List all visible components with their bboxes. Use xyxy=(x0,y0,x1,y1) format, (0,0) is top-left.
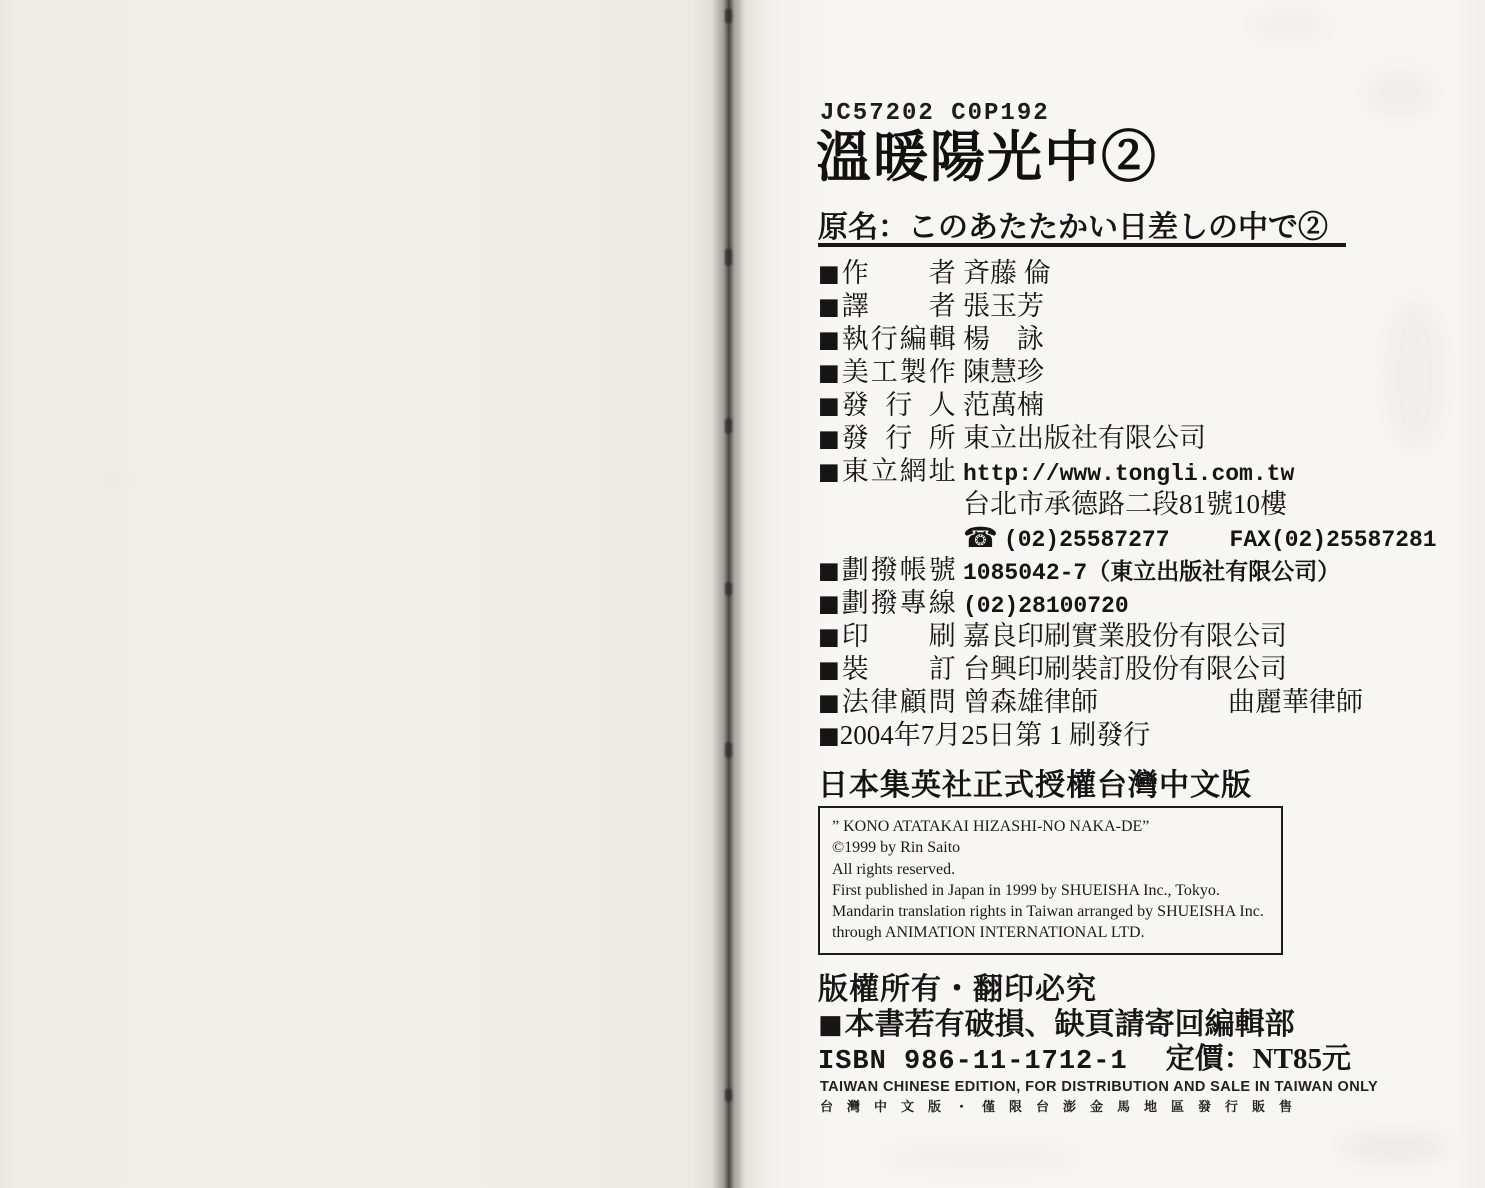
credit-lead: ■劃撥專線 xyxy=(818,587,963,621)
credit-label: 發行所 xyxy=(842,422,956,455)
credit-lead: ■作者 xyxy=(818,257,963,291)
taiwan-edition-notice-en: TAIWAN CHINESE EDITION, FOR DISTRIBUTION… xyxy=(820,1079,1378,1095)
bullet-square-icon: ■ xyxy=(818,591,840,617)
credit-label: 作者 xyxy=(842,257,956,290)
title-underline xyxy=(818,243,1346,247)
bullet-square-icon: ■ xyxy=(818,558,840,584)
copyright-box-line: ” KONO ATATAKAI HIZASHI-NO NAKA-DE” xyxy=(832,816,1269,837)
isbn-price-line: ISBN 986-11-1712-1定價：NT85元 xyxy=(818,1036,1351,1077)
credit-lead: ■發行所 xyxy=(818,422,963,456)
taiwan-edition-notice-zh: 台灣中文版・僅限台澎金馬地區發行販售 xyxy=(820,1096,1306,1115)
credit-lead: ■東立網址 xyxy=(818,455,963,489)
credit-label: 劃撥帳號 xyxy=(842,554,956,587)
colophon-content: JC57202 C0P192 溫暖陽光中② 原名：このあたたかい日差しの中で② … xyxy=(0,0,1485,1188)
credit-row: ■裝訂台興印刷裝訂股份有限公司 xyxy=(818,653,1458,686)
copyright-box-line: Mandarin translation rights in Taiwan ar… xyxy=(832,901,1269,922)
credit-value: 台北市承德路二段81號10樓 xyxy=(963,489,1287,519)
credit-value: 嘉良印刷實業股份有限公司 xyxy=(963,621,1287,651)
credit-label: 印刷 xyxy=(842,620,956,653)
credit-value: 范萬楠 xyxy=(963,390,1044,420)
credit-value-secondary: FAX(02)25587281 xyxy=(1230,527,1437,553)
isbn-number: ISBN 986-11-1712-1 xyxy=(818,1047,1128,1077)
bullet-square-icon: ■ xyxy=(818,690,840,716)
credit-row: 台北市承德路二段81號10樓 xyxy=(818,488,1458,521)
credit-lead: ■法律顧問 xyxy=(818,686,963,720)
catalog-code: JC57202 C0P192 xyxy=(820,100,1050,127)
credit-lead: ■執行編輯 xyxy=(818,323,963,357)
bullet-square-icon: ■ xyxy=(818,360,840,386)
credit-label: 東立網址 xyxy=(842,455,956,488)
credit-row: ■執行編輯楊 詠 xyxy=(818,323,1458,356)
bullet-square-icon: ■ xyxy=(818,261,840,287)
credit-row: ■劃撥專線(02)28100720 xyxy=(818,587,1458,620)
credit-lead: ■印刷 xyxy=(818,620,963,654)
copyright-box-line: All rights reserved. xyxy=(832,859,1269,880)
credit-label: 美工製作 xyxy=(842,356,956,389)
credit-row: ☎(02)25587277FAX(02)25587281 xyxy=(818,521,1458,554)
book-colophon-scan: JC57202 C0P192 溫暖陽光中② 原名：このあたたかい日差しの中で② … xyxy=(0,0,1485,1188)
credit-value: 2004年7月25日第 1 刷發行 xyxy=(840,720,1151,750)
credit-value: (02)28100720 xyxy=(963,593,1129,619)
credit-label: 譯者 xyxy=(842,290,956,323)
copyright-box-line: through ANIMATION INTERNATIONAL LTD. xyxy=(832,922,1269,943)
credit-row: ■美工製作陳慧珍 xyxy=(818,356,1458,389)
credit-value: 東立出版社有限公司 xyxy=(963,423,1206,453)
credit-value: 楊 詠 xyxy=(963,324,1044,354)
credit-row: ■2004年7月25日第 1 刷發行 xyxy=(818,719,1458,752)
credit-value: (02)25587277 xyxy=(1004,527,1170,553)
credit-row: ■東立網址http://www.tongli.com.tw xyxy=(818,455,1458,488)
credit-row: ■譯者張玉芳 xyxy=(818,290,1458,323)
credit-value-secondary: 曲麗華律師 xyxy=(1228,687,1363,717)
credit-value: http://www.tongli.com.tw xyxy=(963,461,1294,487)
copyright-box: ” KONO ATATAKAI HIZASHI-NO NAKA-DE”©1999… xyxy=(818,806,1283,955)
credit-lead: ■劃撥帳號 xyxy=(818,554,963,588)
credit-label: 劃撥專線 xyxy=(842,587,956,620)
credit-lead: ■裝訂 xyxy=(818,653,963,687)
credit-label: 裝訂 xyxy=(842,653,956,686)
credit-label: 發行人 xyxy=(842,389,956,422)
bullet-square-icon: ■ xyxy=(818,657,840,683)
credit-label: 法律顧問 xyxy=(842,686,956,719)
credit-value: 陳慧珍 xyxy=(963,357,1044,387)
credit-lead: ■美工製作 xyxy=(818,356,963,390)
credit-value: 1085042-7（東立出版社有限公司） xyxy=(963,560,1340,586)
credit-value: 曾森雄律師 xyxy=(963,687,1098,717)
credit-row: ■發行所東立出版社有限公司 xyxy=(818,422,1458,455)
bullet-square-icon: ■ xyxy=(818,327,840,353)
credit-row: ■劃撥帳號1085042-7（東立出版社有限公司） xyxy=(818,554,1458,587)
bullet-square-icon: ■ xyxy=(818,459,840,485)
license-line: 日本集英社正式授權台灣中文版 xyxy=(818,760,1252,804)
credit-label: 執行編輯 xyxy=(842,323,956,356)
original-title: 原名：このあたたかい日差しの中で② xyxy=(818,202,1328,246)
credit-row: ■作者斉藤 倫 xyxy=(818,257,1458,290)
bullet-square-icon: ■ xyxy=(818,426,840,452)
bullet-square-icon: ■ xyxy=(818,294,840,320)
credit-row: ■發行人范萬楠 xyxy=(818,389,1458,422)
book-title: 溫暖陽光中② xyxy=(816,130,1158,185)
copyright-box-line: ©1999 by Rin Saito xyxy=(832,837,1269,858)
bullet-square-icon: ■ xyxy=(818,393,840,419)
telephone-icon: ☎ xyxy=(963,523,998,554)
bullet-square-icon: ■ xyxy=(818,624,840,650)
credit-value: 台興印刷裝訂股份有限公司 xyxy=(963,654,1287,684)
copyright-box-line: First published in Japan in 1999 by SHUE… xyxy=(832,880,1269,901)
credit-value: 張玉芳 xyxy=(963,291,1044,321)
credit-lead: ■發行人 xyxy=(818,389,963,423)
credit-row: ■法律顧問曾森雄律師曲麗華律師 xyxy=(818,686,1458,719)
credits-list: ■作者斉藤 倫■譯者張玉芳■執行編輯楊 詠■美工製作陳慧珍■發行人范萬楠■發行所… xyxy=(818,257,1458,752)
bullet-square-icon: ■ xyxy=(818,723,840,749)
credit-lead: ■譯者 xyxy=(818,290,963,324)
credit-row: ■印刷嘉良印刷實業股份有限公司 xyxy=(818,620,1458,653)
credit-value: 斉藤 倫 xyxy=(963,258,1051,288)
price-text: 定價：NT85元 xyxy=(1166,1043,1351,1075)
